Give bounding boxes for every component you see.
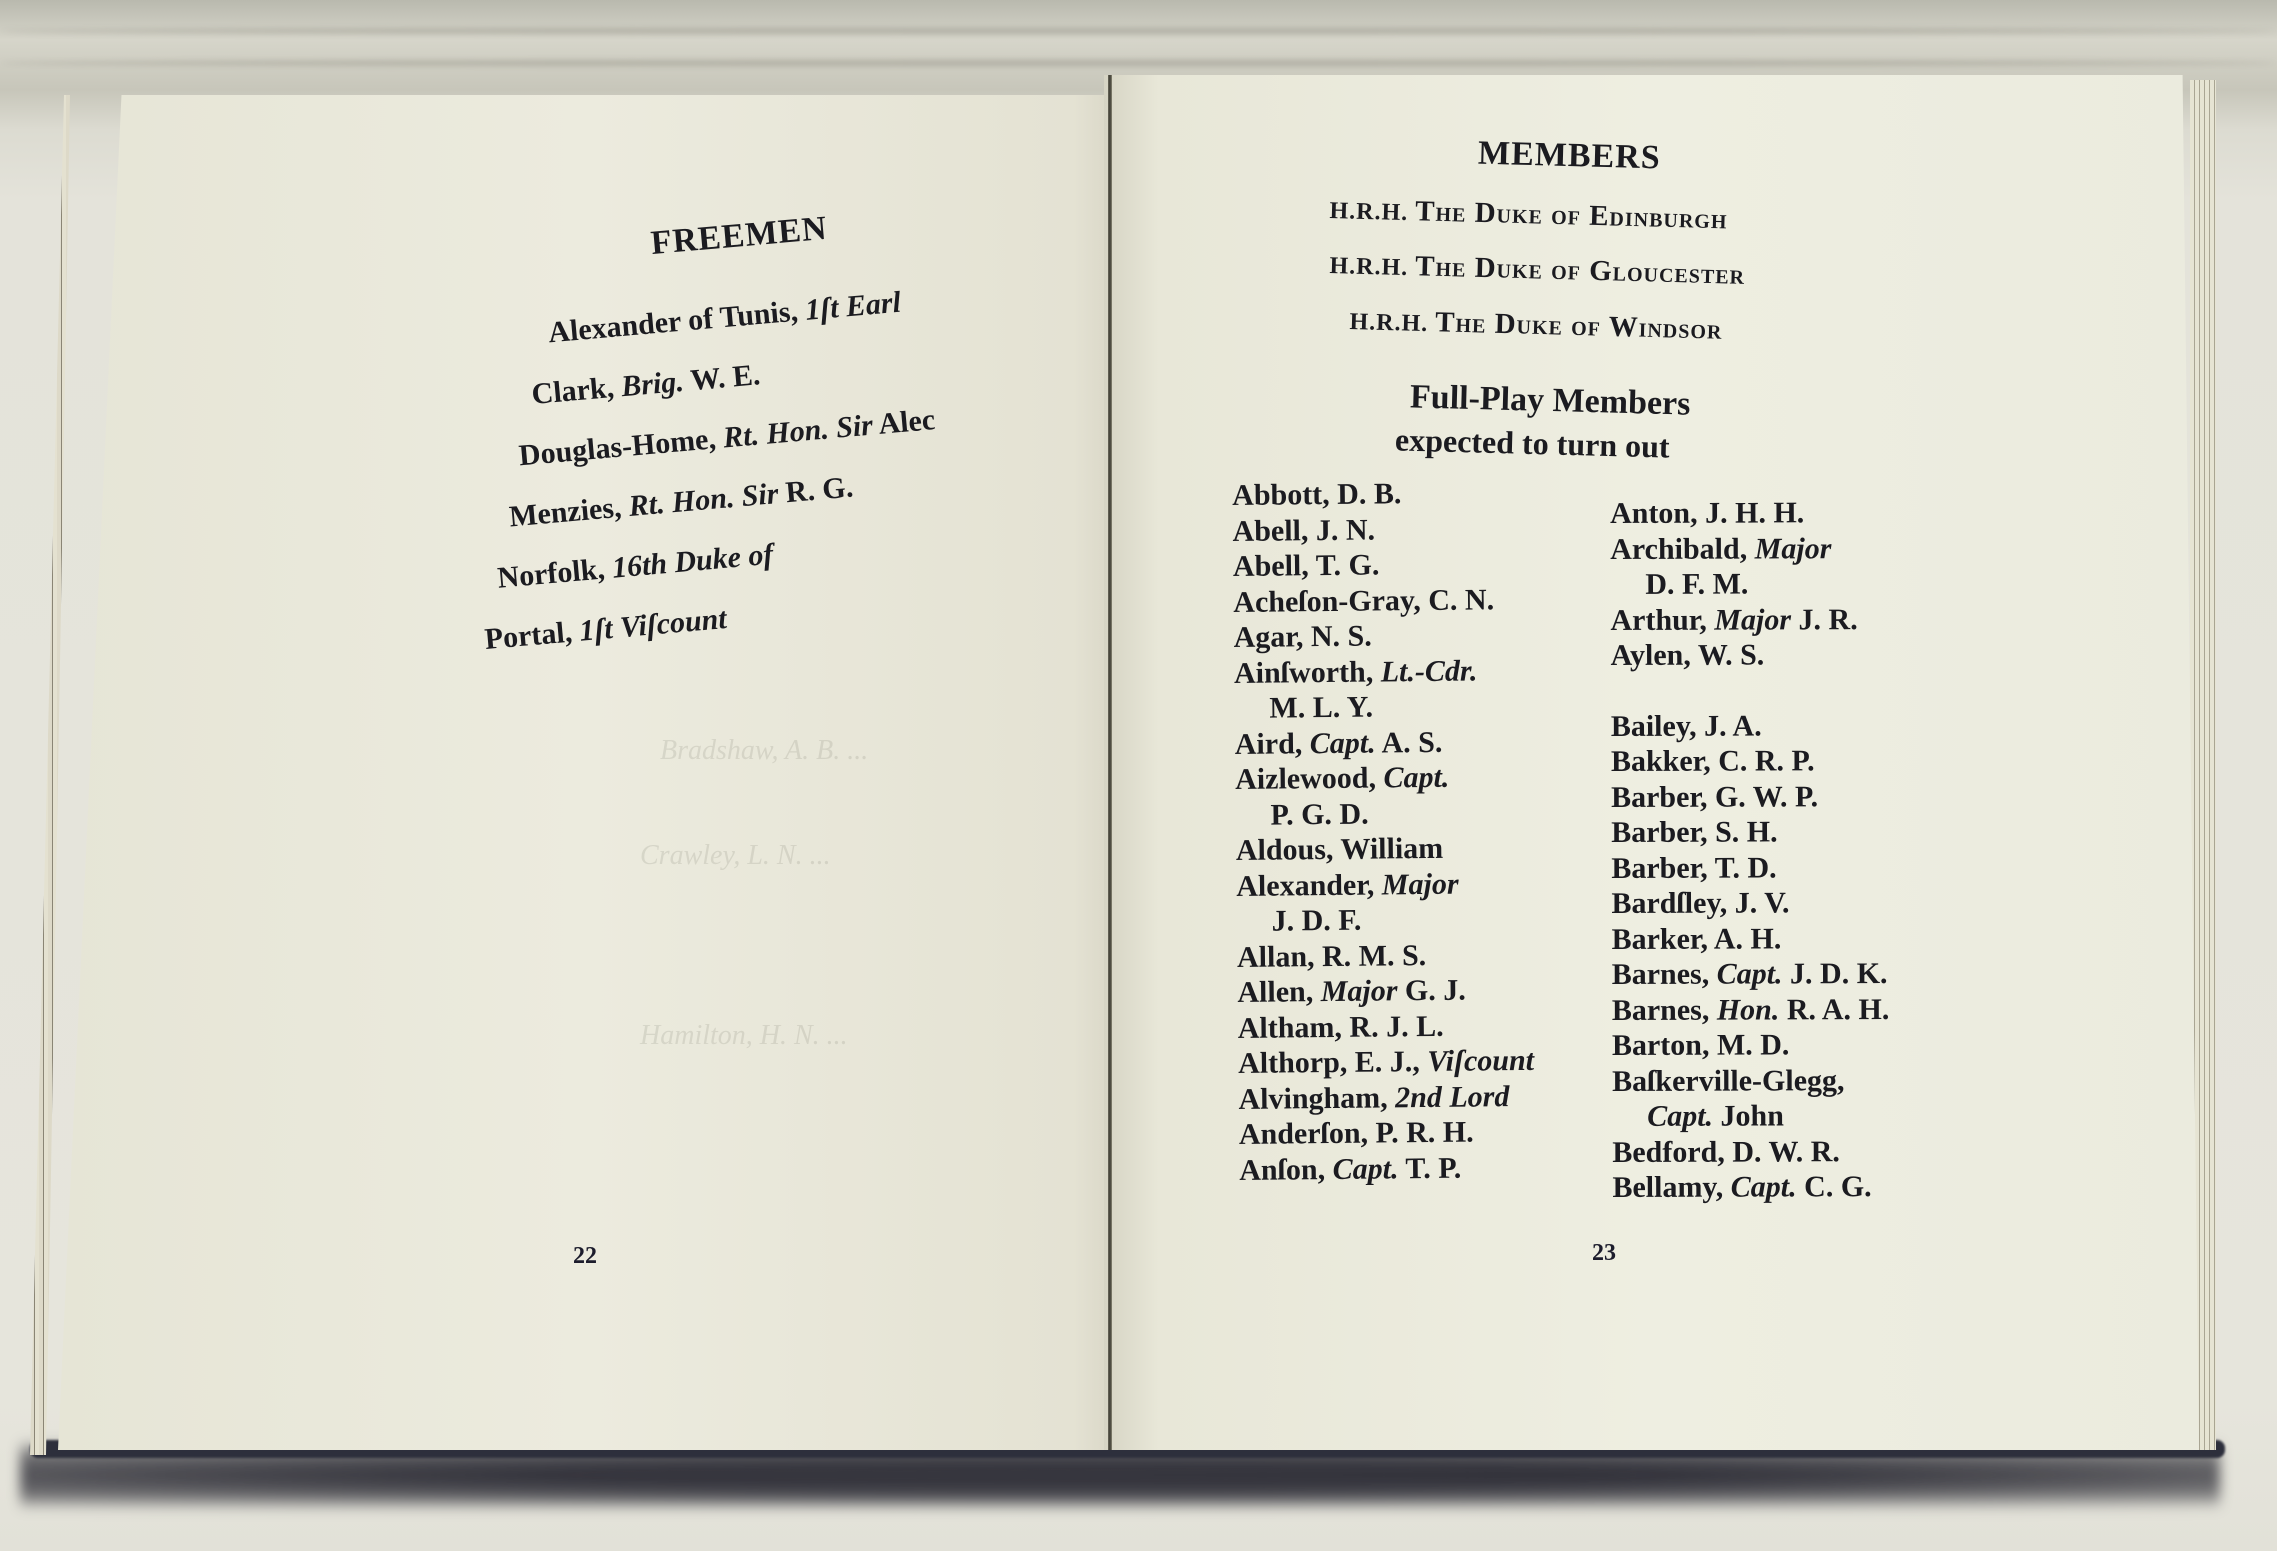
member-entry: Bailey, J. A. (1611, 708, 1889, 744)
full-play-heading: Full-Play Members (1410, 378, 1691, 423)
member-entry: Bardſley, J. V. (1611, 885, 1889, 921)
letter-group-gap (1611, 673, 1889, 709)
members-heading: MEMBERS (1478, 135, 1662, 178)
member-entry: Abbott, D. B. (1232, 475, 1528, 514)
bleed-through-text: Bradshaw, A. B. ... (660, 735, 868, 767)
member-entry: Barker, A. H. (1611, 921, 1889, 957)
member-entry: Aird, Capt. A. S. (1235, 723, 1531, 762)
member-entry: Anderſon, P. R. H. (1239, 1114, 1535, 1153)
member-entry-continuation: M. L. Y. (1234, 688, 1530, 727)
member-entry: Ainſworth, Lt.-Cdr. (1234, 652, 1530, 691)
page-number-left: 22 (573, 1243, 597, 1270)
member-entry: Baſkerville-Glegg, (1612, 1063, 1890, 1099)
background-cloth-fold (0, 28, 2277, 34)
bleed-through-text: Hamilton, H. N. ... (640, 1020, 848, 1052)
member-entry: Alvingham, 2nd Lord (1238, 1078, 1534, 1117)
member-entry: Barton, M. D. (1612, 1027, 1890, 1063)
member-entry: Allen, Major G. J. (1237, 972, 1533, 1011)
background-cloth-fold (0, 60, 2277, 66)
member-entry-continuation: P. G. D. (1235, 794, 1531, 833)
member-entry: Aylen, W. S. (1610, 637, 1888, 673)
member-entry-continuation: Capt. John (1612, 1098, 1890, 1134)
member-entry-continuation: D. F. M. (1610, 566, 1888, 602)
member-entry: Althorp, E. J., Viſcount (1238, 1043, 1534, 1082)
member-entry: Alexander, Major (1236, 865, 1532, 904)
member-entry: Allan, R. M. S. (1237, 936, 1533, 975)
book-gutter (1108, 75, 1112, 1450)
member-entry: Abell, J. N. (1232, 510, 1528, 549)
member-entry: Bedford, D. W. R. (1612, 1134, 1890, 1170)
member-entry: Acheſon-Gray, C. N. (1233, 581, 1529, 620)
member-entry: Barber, G. W. P. (1611, 779, 1889, 815)
member-entry: Archibald, Major (1610, 531, 1888, 567)
member-entry: Aizlewood, Capt. (1235, 759, 1531, 798)
member-list-column-right: Anton, J. H. H. Archibald, Major D. F. M… (1610, 495, 1890, 1205)
member-entry: Bakker, C. R. P. (1611, 743, 1889, 779)
member-entry: Altham, R. J. L. (1238, 1007, 1534, 1046)
member-list-column-left: Abbott, D. B. Abell, J. N. Abell, T. G. … (1232, 475, 1535, 1188)
member-entry: Barnes, Capt. J. D. K. (1612, 956, 1890, 992)
page-number-right: 23 (1592, 1240, 1616, 1267)
member-entry: Anton, J. H. H. (1610, 495, 1888, 531)
member-entry: Abell, T. G. (1233, 546, 1529, 585)
member-entry-continuation: J. D. F. (1236, 901, 1532, 940)
member-entry: Agar, N. S. (1233, 617, 1529, 656)
member-entry: Barber, T. D. (1611, 850, 1889, 886)
member-entry: Anſon, Capt. T. P. (1239, 1149, 1535, 1188)
member-entry: Bellamy, Capt. C. G. (1612, 1169, 1890, 1205)
member-entry: Aldous, William (1236, 830, 1532, 869)
member-entry: Arthur, Major J. R. (1610, 602, 1888, 638)
full-play-subheading: expected to turn out (1395, 421, 1670, 465)
bleed-through-text: Crawley, L. N. ... (640, 840, 831, 872)
member-entry: Barnes, Hon. R. A. H. (1612, 992, 1890, 1028)
member-entry: Barber, S. H. (1611, 814, 1889, 850)
left-page-stack-edge (30, 95, 70, 1455)
